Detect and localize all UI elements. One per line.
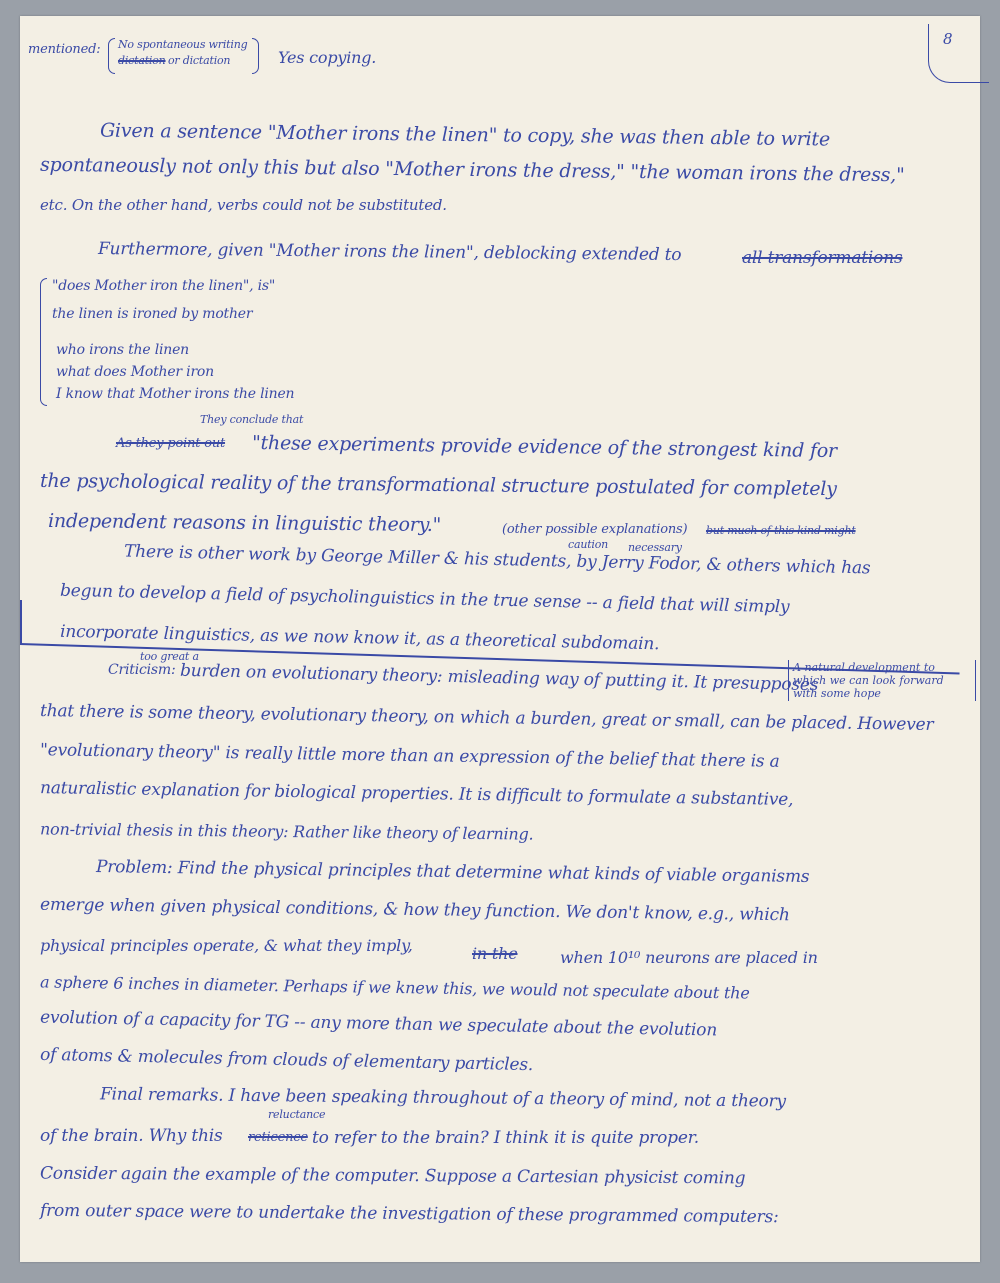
para3-struck-start: As they point out [116, 436, 225, 451]
example-1: "does Mother iron the linen", is" [52, 278, 275, 294]
right-brace [252, 38, 259, 74]
para3-insert: They conclude that [200, 413, 303, 426]
para1-line1: Given a sentence "Mother irons the linen… [100, 120, 830, 151]
para7-line2-insert: reluctance [268, 1108, 325, 1121]
para7-line2-struck: reticence [248, 1130, 308, 1145]
para5-line4: naturalistic explanation for biological … [40, 778, 794, 810]
header-brace-line-2: or dictation [168, 54, 230, 67]
para3-struck-tail: but much of this kind might [706, 524, 856, 537]
para7-line1: Final remarks. I have been speaking thro… [100, 1084, 786, 1111]
header-note-suffix: Yes copying. [278, 48, 376, 67]
para6-line3-end: when 10¹⁰ neurons are placed in [560, 948, 818, 967]
para5-label: Criticism: [108, 662, 175, 678]
para4-line2: begun to develop a field of psycholingui… [60, 581, 790, 618]
para5-line2: that there is some theory, evolutionary … [40, 701, 934, 735]
para3-sub-note-caution: caution [568, 538, 608, 551]
para4-line1: There is other work by George Miller & h… [124, 542, 871, 579]
para6-line6: of atoms & molecules from clouds of elem… [40, 1045, 533, 1075]
para7-line2-start: of the brain. Why this [40, 1126, 222, 1146]
examples-brace [40, 278, 47, 406]
para6-line4: a sphere 6 inches in diameter. Perhaps i… [40, 972, 750, 1002]
left-brace [108, 38, 115, 74]
para6-line5: evolution of a capacity for TG -- any mo… [40, 1008, 717, 1041]
para7-line4: from outer space were to undertake the i… [40, 1201, 779, 1227]
para7-line3: Consider again the example of the comput… [40, 1164, 745, 1189]
margin-bar [20, 600, 22, 644]
para1-line3: etc. On the other hand, verbs could not … [40, 196, 447, 214]
para1-line2: spontaneously not only this but also "Mo… [40, 154, 905, 187]
header-struck-word: dictation [118, 54, 166, 67]
example-5: I know that Mother irons the linen [56, 386, 294, 402]
para6-line2: emerge when given physical conditions, &… [40, 895, 790, 925]
example-2: the linen is ironed by mother [52, 306, 252, 322]
para2-struck: all transformations [742, 248, 902, 268]
page-number: 8 [943, 30, 953, 48]
para3-paren-note: (other possible explanations) [502, 522, 687, 537]
manuscript-page: 8 mentioned: No spontaneous writing dict… [20, 16, 980, 1262]
example-4: what does Mother iron [56, 364, 214, 380]
para5-line5: non-trivial thesis in this theory: Rathe… [40, 819, 534, 843]
header-note-prefix: mentioned: [28, 42, 100, 57]
para3-line3: independent reasons in linguistic theory… [48, 510, 441, 536]
para7-line2-end: to refer to the brain? I think it is qui… [312, 1128, 699, 1148]
para3-line1: "these experiments provide evidence of t… [252, 432, 837, 462]
header-brace-line-1: No spontaneous writing [118, 38, 247, 51]
example-3: who irons the linen [56, 342, 189, 358]
para3-sub-note-necessary: necessary [628, 541, 682, 554]
para6-line3-struck: in the [472, 944, 518, 963]
page-number-corner: 8 [928, 24, 989, 83]
para2-line1: Furthermore, given "Mother irons the lin… [98, 239, 681, 265]
para6-line3-start: physical principles operate, & what they… [40, 936, 413, 955]
para5-line3: "evolutionary theory" is really little m… [40, 740, 780, 772]
para3-line2: the psychological reality of the transfo… [40, 470, 837, 500]
para6-line1: Problem: Find the physical principles th… [96, 857, 810, 887]
